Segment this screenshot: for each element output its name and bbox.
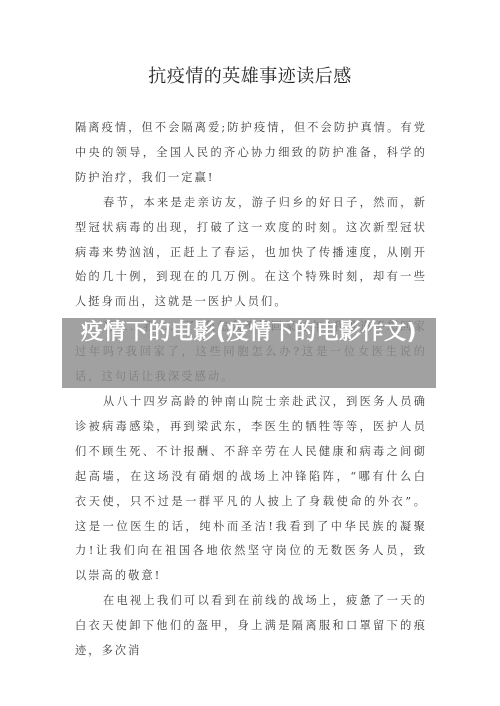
- paragraph-2: 春节，本来是走亲访友，游子归乡的好日子，然而，新型冠状病毒的出现，打破了这一欢度…: [75, 191, 427, 316]
- overlay-title[interactable]: 疫情下的电影(疫情下的电影作文): [62, 318, 436, 346]
- paragraph-4: 从八十四岁高龄的钟南山院士亲赴武汉，到医务人员确诊被病毒感染，再到梁武东，李医生…: [75, 390, 427, 589]
- document-page: 抗疫情的英雄事迹读后感 隔离疫情，但不会隔离爱;防护疫情，但不会防护真情。有党中…: [0, 0, 500, 706]
- paragraph-5: 在电视上我们可以看到在前线的战场上，疲惫了一天的白衣天使卸下他们的盔甲，身上满是…: [75, 589, 427, 664]
- document-title: 抗疫情的英雄事迹读后感: [0, 62, 500, 88]
- paragraph-1: 隔离疫情，但不会隔离爱;防护疫情，但不会防护真情。有党中央的领导，全国人民的齐心…: [75, 116, 427, 191]
- document-body: 隔离疫情，但不会隔离爱;防护疫情，但不会防护真情。有党中央的领导，全国人民的齐心…: [75, 116, 427, 664]
